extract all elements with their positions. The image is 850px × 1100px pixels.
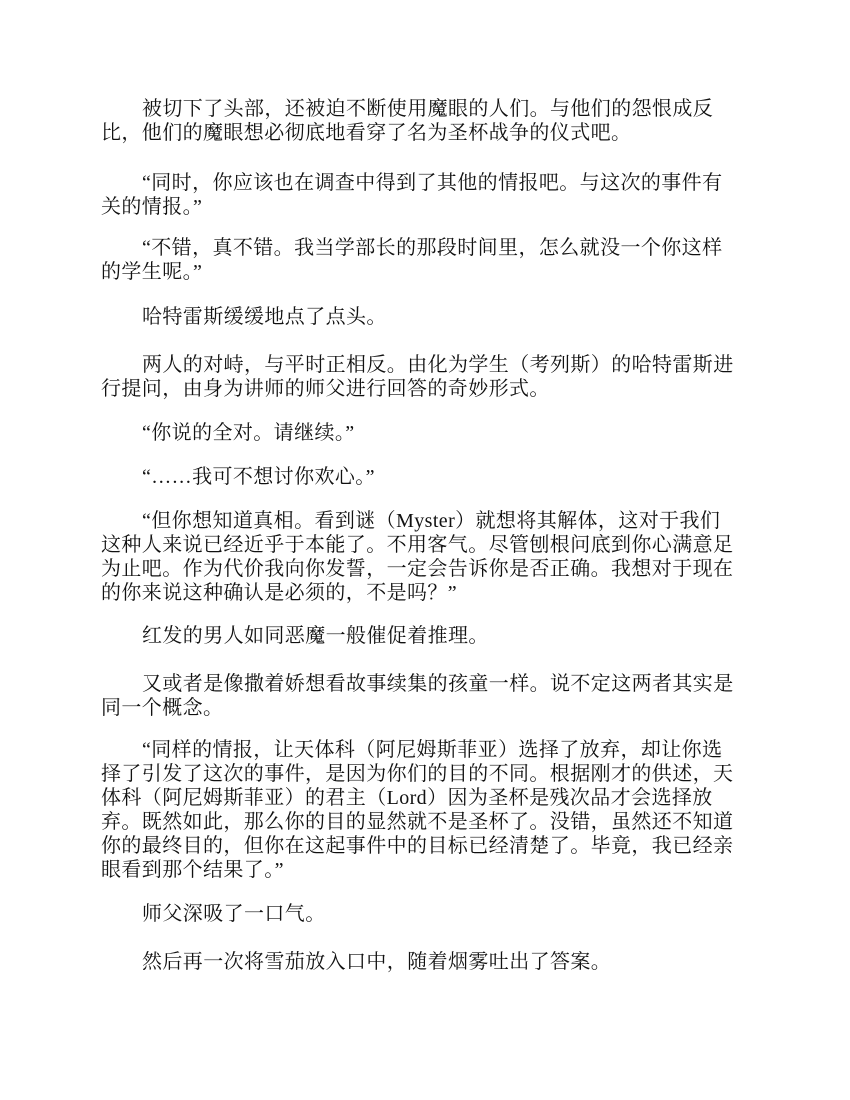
text-line: 同一个概念。 <box>101 696 761 720</box>
text-line: “但你想知道真相。看到谜（Myster）就想将其解体，这对于我们 <box>101 509 761 533</box>
paragraph: 被切下了头部，还被迫不断使用魔眼的人们。与他们的怨恨成反比，他们的魔眼想必彻底地… <box>101 97 761 145</box>
text-line: “……我可不想讨你欢心。” <box>101 465 761 489</box>
text-line: 你的最终目的，但你在这起事件中的目标已经清楚了。毕竟，我已经亲 <box>101 834 761 858</box>
text-line: 又或者是像撒着娇想看故事续集的孩童一样。说不定这两者其实是 <box>101 672 761 696</box>
text-line: 为止吧。作为代价我向你发誓，一定会告诉你是否正确。我想对于现在 <box>101 557 761 581</box>
paragraph: 两人的对峙，与平时正相反。由化为学生（考列斯）的哈特雷斯进行提问，由身为讲师的师… <box>101 353 761 401</box>
paragraph: 红发的男人如同恶魔一般催促着推理。 <box>101 624 761 648</box>
text-line: “不错，真不错。我当学部长的那段时间里，怎么就没一个你这样 <box>101 236 761 260</box>
paragraph: “同时，你应该也在调查中得到了其他的情报吧。与这次的事件有关的情报。” <box>101 171 761 219</box>
text-line: “你说的全对。请继续。” <box>101 421 761 445</box>
paragraph: “但你想知道真相。看到谜（Myster）就想将其解体，这对于我们这种人来说已经近… <box>101 509 761 605</box>
text-line: 被切下了头部，还被迫不断使用魔眼的人们。与他们的怨恨成反 <box>101 97 761 121</box>
text-line: 关的情报。” <box>101 195 761 219</box>
paragraph: “同样的情报，让天体科（阿尼姆斯菲亚）选择了放弃，却让你选择了引发了这次的事件，… <box>101 738 761 882</box>
text-line: 然后再一次将雪茄放入口中，随着烟雾吐出了答案。 <box>101 950 761 974</box>
text-line: 眼看到那个结果了。” <box>101 858 761 882</box>
text-line: 红发的男人如同恶魔一般催促着推理。 <box>101 624 761 648</box>
text-line: 的学生呢。” <box>101 260 761 284</box>
text-line: 的你来说这种确认是必须的，不是吗？” <box>101 581 761 605</box>
text-line: 行提问，由身为讲师的师父进行回答的奇妙形式。 <box>101 377 761 401</box>
text-line: “同时，你应该也在调查中得到了其他的情报吧。与这次的事件有 <box>101 171 761 195</box>
text-line: 这种人来说已经近乎于本能了。不用客气。尽管刨根问底到你心满意足 <box>101 533 761 557</box>
text-line: 择了引发了这次的事件，是因为你们的目的不同。根据刚才的供述，天 <box>101 762 761 786</box>
paragraph: “不错，真不错。我当学部长的那段时间里，怎么就没一个你这样的学生呢。” <box>101 236 761 284</box>
paragraph: 又或者是像撒着娇想看故事续集的孩童一样。说不定这两者其实是同一个概念。 <box>101 672 761 720</box>
text-line: 比，他们的魔眼想必彻底地看穿了名为圣杯战争的仪式吧。 <box>101 121 761 145</box>
paragraph: “……我可不想讨你欢心。” <box>101 465 761 489</box>
document-page: 被切下了头部，还被迫不断使用魔眼的人们。与他们的怨恨成反比，他们的魔眼想必彻底地… <box>0 0 850 1100</box>
paragraph: 哈特雷斯缓缓地点了点头。 <box>101 305 761 329</box>
text-line: “同样的情报，让天体科（阿尼姆斯菲亚）选择了放弃，却让你选 <box>101 738 761 762</box>
text-line: 体科（阿尼姆斯菲亚）的君主（Lord）因为圣杯是残次品才会选择放 <box>101 786 761 810</box>
paragraph: “你说的全对。请继续。” <box>101 421 761 445</box>
text-line: 哈特雷斯缓缓地点了点头。 <box>101 305 761 329</box>
paragraph: 然后再一次将雪茄放入口中，随着烟雾吐出了答案。 <box>101 950 761 974</box>
paragraph: 师父深吸了一口气。 <box>101 902 761 926</box>
text-line: 两人的对峙，与平时正相反。由化为学生（考列斯）的哈特雷斯进 <box>101 353 761 377</box>
text-line: 弃。既然如此，那么你的目的显然就不是圣杯了。没错，虽然还不知道 <box>101 810 761 834</box>
text-line: 师父深吸了一口气。 <box>101 902 761 926</box>
